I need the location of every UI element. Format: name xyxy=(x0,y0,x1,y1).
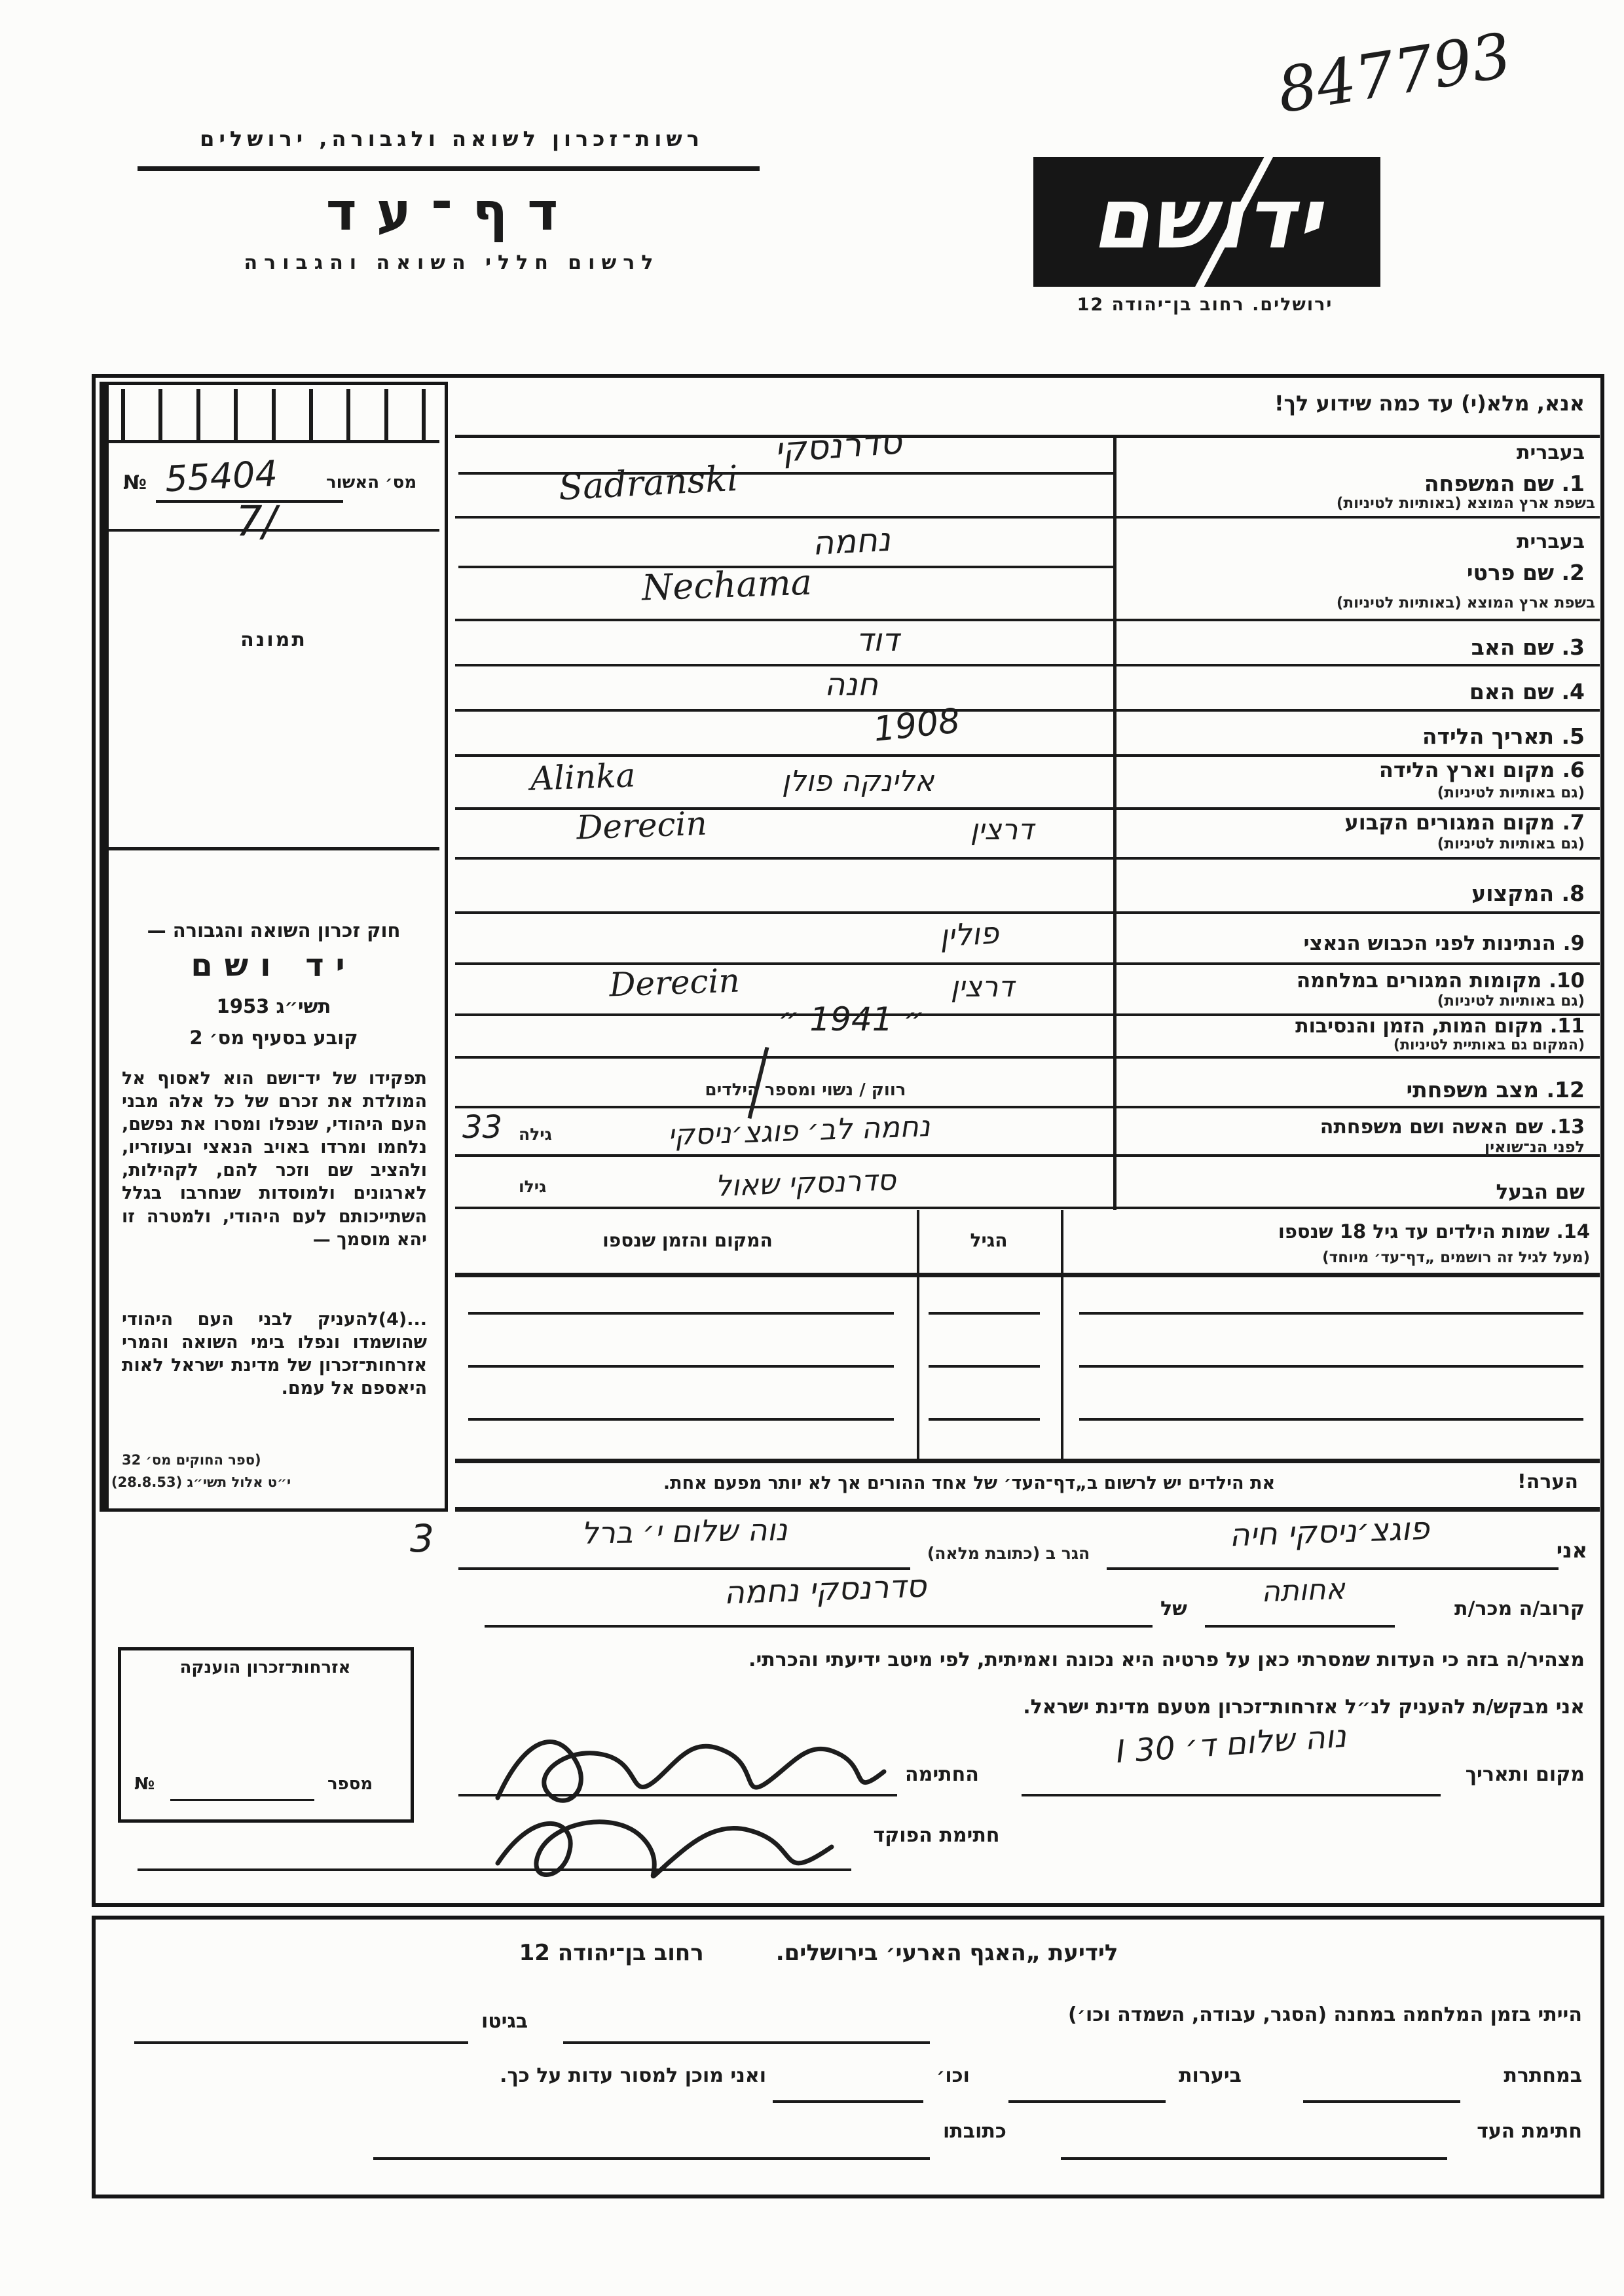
witness-sig-footer-label: חתימת העד xyxy=(1477,2121,1582,2142)
field-9-label: 9. הנתינות לפני הכבוש הנאצי xyxy=(1126,933,1585,955)
field-2-pre: בעברית xyxy=(1126,532,1585,553)
law-section: קובע בסעיף מס׳ 2 xyxy=(110,1028,437,1048)
table-row-line xyxy=(929,1365,1040,1368)
comb-ticks xyxy=(121,389,426,441)
scanned-testimony-page: 847793 רשות־זכרון לשואה ולגבורה, ירושלים… xyxy=(0,0,1624,2296)
etc-label: וכו׳ xyxy=(936,2066,970,2086)
law-name: יד ושם xyxy=(110,949,437,982)
row-rule xyxy=(455,1106,1600,1108)
witness-name-line xyxy=(1107,1567,1559,1570)
org-title-underline xyxy=(138,166,760,171)
law-year: תשי״ג 1953 xyxy=(110,996,437,1016)
field-14-sub: (מעל לגיל זה רושמים „דף־עד׳ מיוחד) xyxy=(1092,1249,1590,1266)
entry-death-place-time: ״ 1941 ״ xyxy=(720,1000,982,1038)
form-title: דף־עד xyxy=(216,185,688,240)
stamp-box-number-sign: № xyxy=(134,1776,155,1793)
labels-divider xyxy=(1113,435,1116,1210)
ticks-baseline xyxy=(109,440,439,443)
field-2-label: 2. שם פרטי xyxy=(1126,562,1585,585)
marital-status-printed: רווק / נשוי ומספר הילדים xyxy=(622,1080,989,1100)
related-to-line xyxy=(485,1625,1153,1628)
row-rule xyxy=(455,516,1600,519)
entry-birthplace-hebrew: אלינקה פולן xyxy=(707,765,1008,798)
underground-label: במחתרת xyxy=(1504,2066,1582,2086)
field-2-sub: בשפת ארץ המוצא (באותיות לטיניות) xyxy=(1124,594,1595,611)
clerk-signature-line xyxy=(138,1868,851,1871)
witness-address-line xyxy=(458,1567,910,1570)
logo-address: ירושלים. רחוב בן־יהודה 12 xyxy=(1022,296,1388,314)
law-paragraph-2: ...(4)להעניק לבני העם היהודי שהושמדו ונפ… xyxy=(122,1308,427,1400)
entry-wife-age: 33 xyxy=(462,1109,502,1146)
note-title: הערה! xyxy=(1517,1472,1578,1493)
note-top-rule xyxy=(455,1459,1600,1463)
field-1-sub: בשפת ארץ המוצא (באותיות לטיניות) xyxy=(1124,495,1595,512)
testify-label: ואני מוכן למסור עדות על כך. xyxy=(282,2066,766,2086)
signature-label: החתימה xyxy=(905,1764,979,1785)
cert-number-value-handwritten: 55404 xyxy=(164,453,278,500)
declaration-i-label: אני xyxy=(1557,1540,1587,1562)
field-5-label: 5. תאריך הלידה xyxy=(1126,725,1585,748)
law-source-2: י״ט אלול תשי״ג (28.8.53) xyxy=(111,1474,399,1490)
cert-number-label: מס׳ האשור xyxy=(326,474,416,492)
clerk-signature-scribble xyxy=(478,1785,845,1896)
declare-statement: מצהיר/ה בזה כי העדות שמסרתי כאן על פרטיה… xyxy=(458,1650,1585,1671)
row-rule xyxy=(455,1207,1600,1209)
ghetto-label: בגיטו xyxy=(481,2011,528,2032)
row-rule xyxy=(455,857,1600,860)
row-rule xyxy=(455,1056,1600,1059)
fill-request: אנא, מלא(י) עד כמה שידוע לך! xyxy=(1113,393,1585,415)
stamp-box-number-line xyxy=(170,1799,314,1801)
table-divider-left xyxy=(917,1210,919,1460)
field-6-sub: (גם באותיות לטיניות) xyxy=(1126,784,1585,801)
camp-label: הייתי בזמן המלחמה במחנה (הסגר, עבודה, הש… xyxy=(1068,2005,1582,2026)
footer-address-line xyxy=(373,2157,930,2160)
field-7-label: 7. מקום המגורים הקבוע xyxy=(1126,812,1585,834)
org-title: רשות־זכרון לשואה ולגבורה, ירושלים xyxy=(131,128,773,151)
row-rule xyxy=(455,709,1600,712)
wife-age-label: גילה xyxy=(519,1125,552,1144)
table-row-line xyxy=(1079,1365,1583,1368)
field-13-sub: לפני הנ־שואין xyxy=(1126,1138,1585,1156)
forests-label: ביערות xyxy=(1179,2066,1242,2086)
relation-label: קרוב/ה מכר/ת xyxy=(1454,1599,1585,1620)
entry-residence-hebrew: דרצין xyxy=(904,813,1100,847)
form-subtitle: לרשום חללי השואה והגבורה xyxy=(170,253,733,274)
row-rule xyxy=(455,962,1600,965)
table-divider-right xyxy=(1061,1210,1063,1460)
row-rule xyxy=(455,619,1600,621)
field-8-label: 8. המקצוע xyxy=(1126,883,1585,905)
field-11-sub: (המקום גם באותיית לטיניות) xyxy=(1126,1037,1585,1053)
address-number-handwritten: 3 xyxy=(410,1516,434,1561)
field-3-label: 3. שם האב xyxy=(1126,636,1585,659)
field-1-label: 1. שם המשפחה xyxy=(1126,473,1585,496)
field-14-label: 14. שמות הילדים עד גיל 18 שנספו xyxy=(1092,1222,1590,1241)
footer-title: לידיעת „האגף הארעי׳ בירושלים. xyxy=(776,1942,1118,1965)
cert-box-rule xyxy=(109,529,439,532)
table-col-place-header: המקום והזמן שנספו xyxy=(471,1231,904,1250)
camp-line xyxy=(563,2041,930,2044)
table-row-line xyxy=(468,1312,894,1315)
place-date-line xyxy=(1022,1794,1441,1796)
of-label: של xyxy=(1160,1599,1187,1620)
place-date-label: מקום ותאריך xyxy=(1466,1764,1585,1785)
witness-sig-footer-line xyxy=(1061,2157,1447,2160)
photo-label: תמונה xyxy=(100,630,448,651)
table-header-rule xyxy=(455,1273,1600,1277)
entry-war-residence-hebrew: דרצין xyxy=(884,970,1080,1004)
underground-line xyxy=(1303,2100,1460,2103)
entry-mother-name: חנה xyxy=(720,666,982,703)
husband-age-label: גילו xyxy=(519,1177,546,1196)
law-source-1: (ספר החוקים מס׳ 32 xyxy=(122,1452,410,1468)
forests-line xyxy=(1008,2100,1166,2103)
ghetto-line xyxy=(134,2041,468,2044)
stamp-box-title: אזרחות־זכרון הוענקה xyxy=(124,1659,406,1677)
footer-address-label: כתובתו xyxy=(943,2121,1006,2142)
field-12-label: 12. מצב משפחתי xyxy=(1126,1079,1585,1102)
sidebar-mid-rule xyxy=(109,847,439,850)
footer-title-row: לידיעת „האגף הארעי׳ בירושלים. רחוב בן־יה… xyxy=(196,1942,1441,1965)
law-paragraph-1: תפקידו של יד־ושם הוא לאסוף אל המולדת את … xyxy=(122,1067,427,1251)
field-6-label: 6. מקום וארץ הלידה xyxy=(1126,759,1585,782)
cert-number-sign: № xyxy=(123,473,147,494)
cert-number-value2-handwritten: /7 xyxy=(236,498,276,546)
table-row-line xyxy=(468,1418,894,1421)
clerk-signature-label: חתימת הפוקד xyxy=(845,1825,1028,1846)
field-7-sub: (גם באותיות לטיניות) xyxy=(1126,835,1585,852)
yad-vashem-logo: ידושם xyxy=(1033,157,1380,287)
entry-father-name: דוד xyxy=(753,622,1002,659)
table-row-line xyxy=(468,1365,894,1368)
note-text: את הילדים יש לרשום ב„דף־העד׳ של אחד ההור… xyxy=(458,1474,1480,1493)
table-row-line xyxy=(1079,1312,1583,1315)
field-11-label: 11. מקום המות, הזמן והנסיבות xyxy=(1126,1016,1585,1037)
field-13-label: 13. שם האשה ושם משפחתה xyxy=(1126,1117,1585,1138)
table-col-age-header: הגיל xyxy=(923,1231,1054,1250)
rule-under-request xyxy=(455,435,1600,438)
row-rule xyxy=(455,664,1600,666)
handwritten-file-number: 847793 xyxy=(1273,20,1516,128)
relation-line xyxy=(1205,1625,1395,1628)
table-row-line xyxy=(929,1312,1040,1315)
stamp-box-number-label: מספר xyxy=(327,1776,373,1793)
field-10-label: 10. מקומות המגורים במלחמה xyxy=(1126,970,1585,992)
relation-handwritten: אחותה xyxy=(1211,1571,1395,1611)
field-4-label: 4. שם האם xyxy=(1126,681,1585,704)
law-title: חוק זכרון השואה והגבורה — xyxy=(110,920,437,940)
husband-label: שם הבעל xyxy=(1126,1182,1585,1203)
table-row-line xyxy=(1079,1418,1583,1421)
footer-title-address: רחוב בן־יהודה 12 xyxy=(519,1942,704,1965)
residing-label: הגר ב (כתובת מלאה) xyxy=(915,1544,1101,1563)
table-row-line xyxy=(929,1418,1040,1421)
etc-line xyxy=(773,2100,923,2103)
field-10-sub: (גם באותיות לטיניות) xyxy=(1126,993,1585,1010)
field-1-pre: בעברית xyxy=(1126,443,1585,464)
